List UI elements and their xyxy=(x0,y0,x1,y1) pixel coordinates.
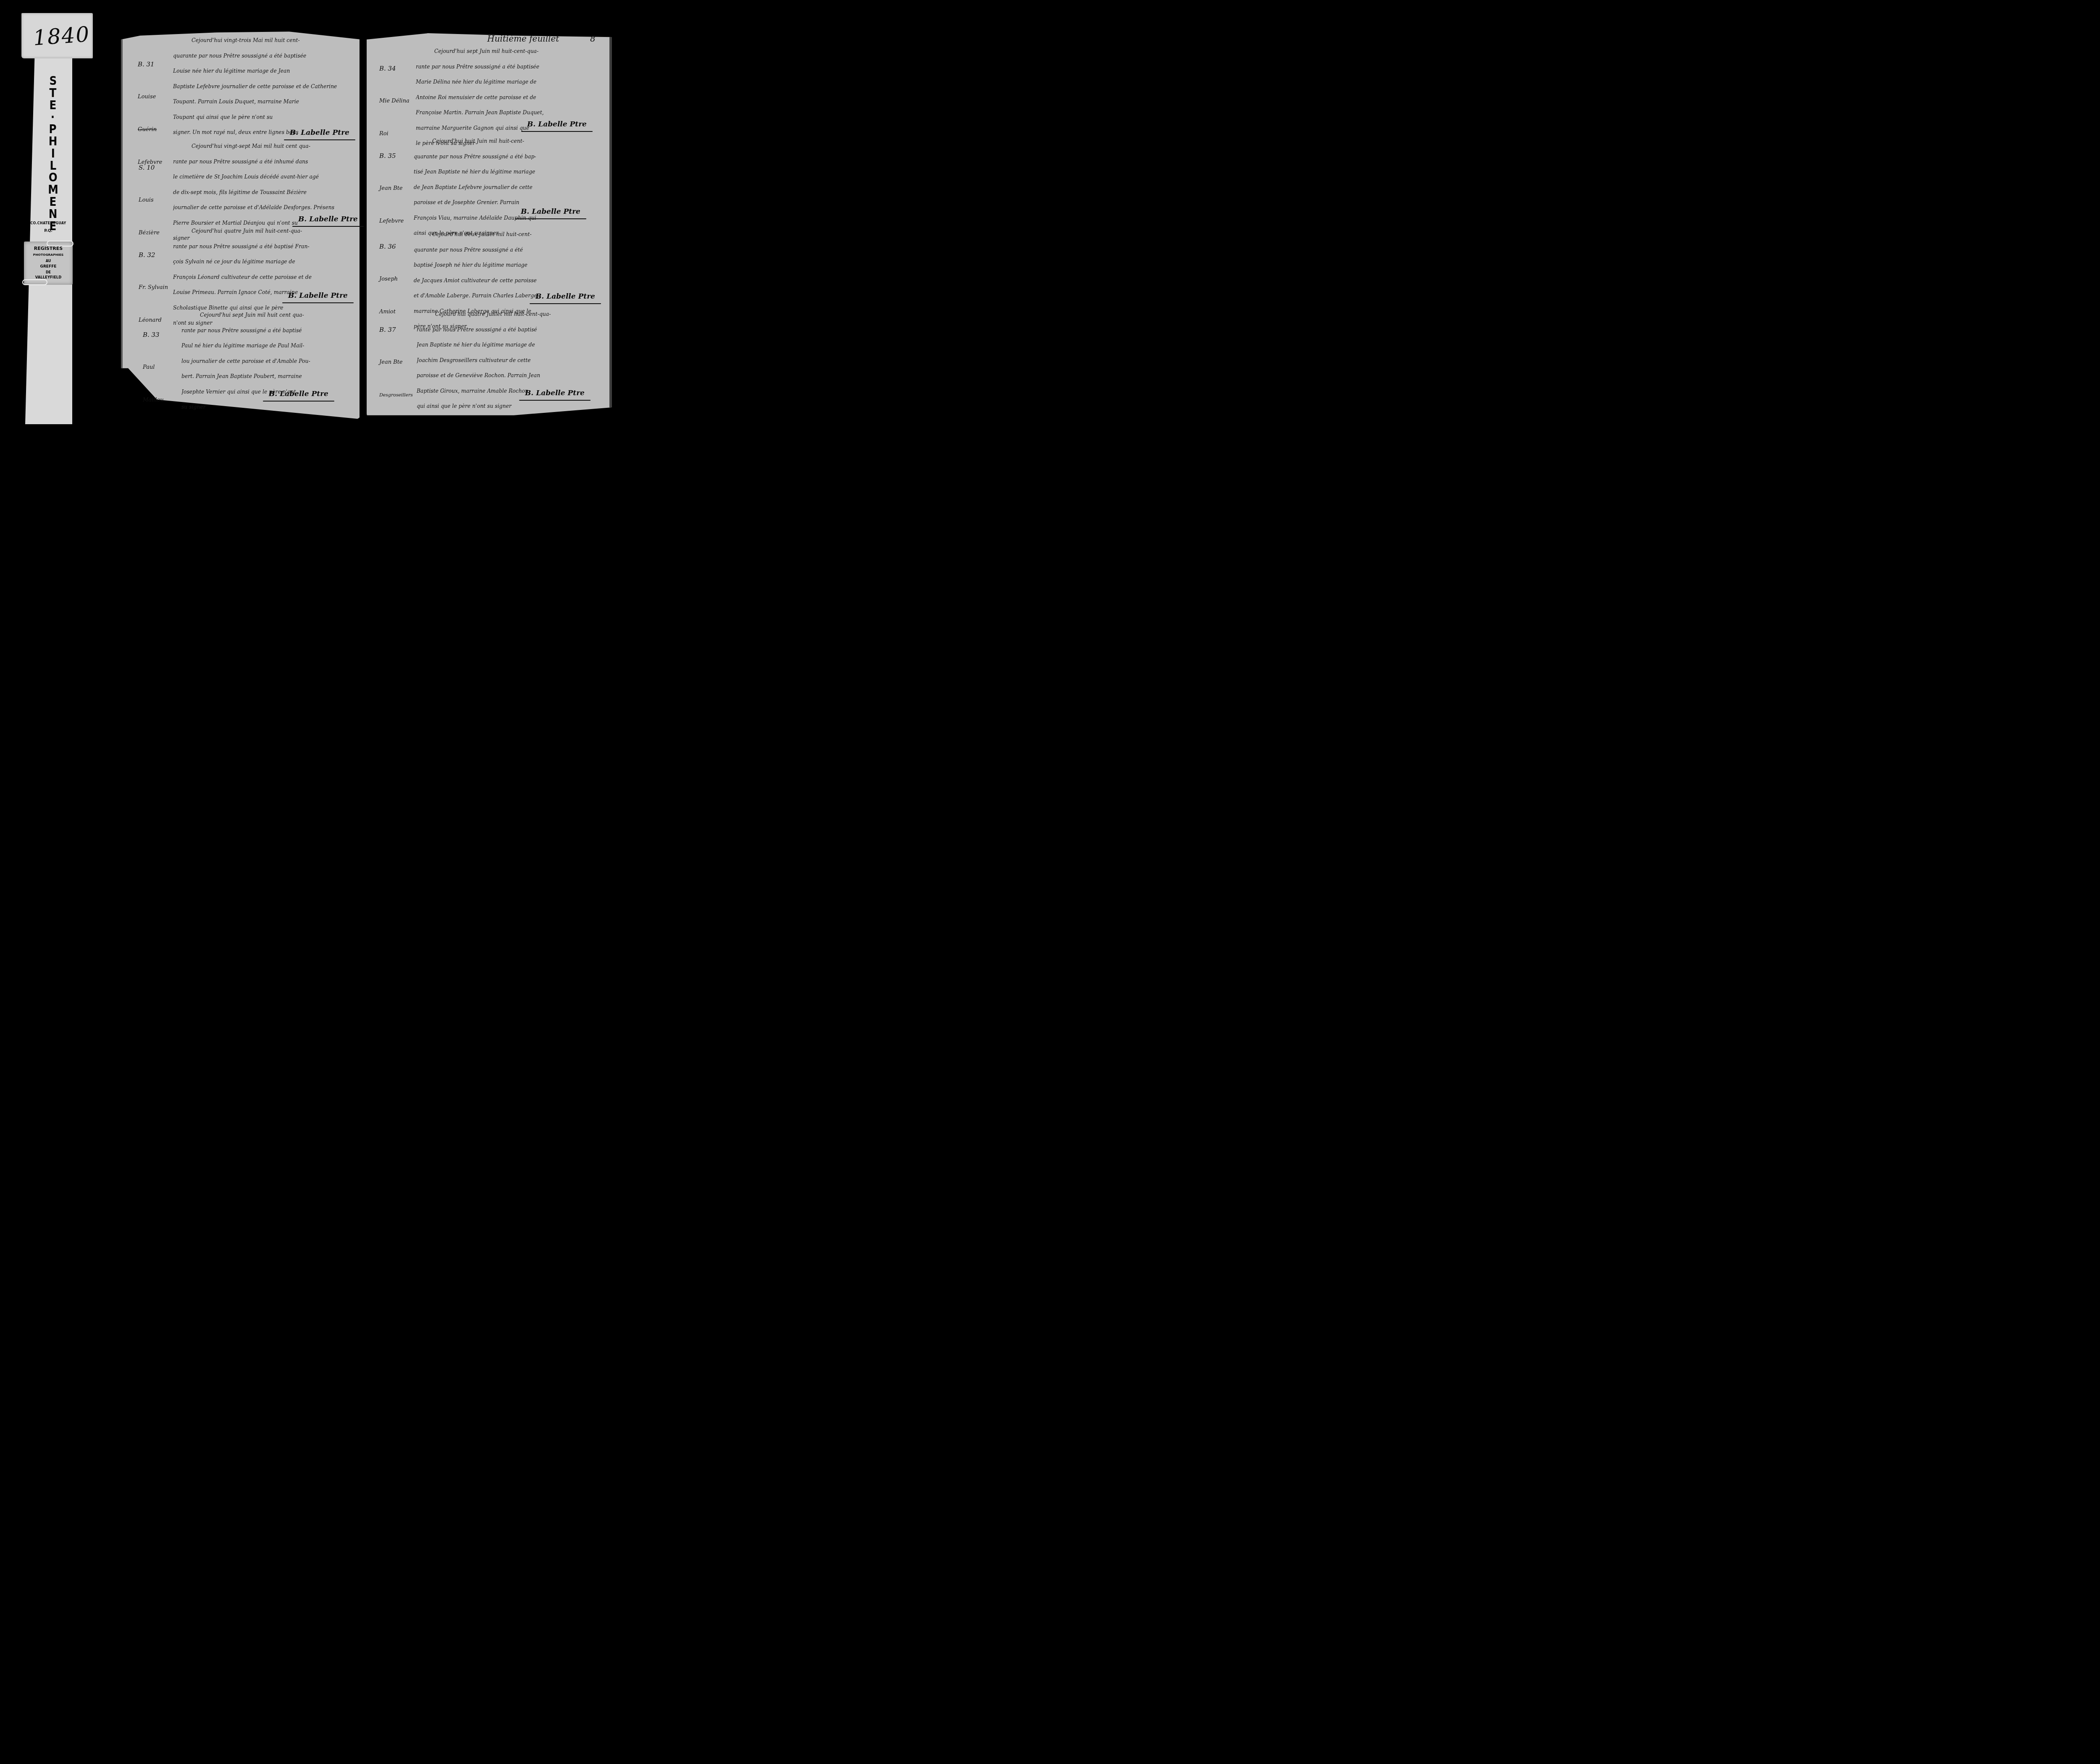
book-gutter xyxy=(360,28,367,420)
entry-name: Louis xyxy=(139,195,160,206)
entry-name: Louise xyxy=(138,92,162,102)
register-entry: Cejourd'hui vingt-trois Mai mil huit cen… xyxy=(173,33,357,140)
entry-line: Cejourd'hui vingt-sept Mai mil huit cent… xyxy=(173,139,357,154)
entry-line: qui ainsi que le père n'ont su signer xyxy=(417,399,606,414)
entry-line: rante par nous Prêtre soussigné a été ba… xyxy=(173,239,357,255)
registry-line: REGISTRES xyxy=(24,246,73,251)
entry-line: de Jacques Amiot cultivateur de cette pa… xyxy=(414,273,606,289)
entry-code: B. 33 xyxy=(143,329,164,340)
year-label: 1840 xyxy=(32,22,91,50)
entry-line: tisé Jean Baptiste né hier du légitime m… xyxy=(414,164,606,180)
entry-line: Joachim Desgroseillers cultivateur de ce… xyxy=(417,353,606,368)
entry-line: de dix-sept mois, fils légitime de Touss… xyxy=(173,185,357,200)
entry-line: Françoise Martin. Parrain Jean Baptiste … xyxy=(416,105,606,121)
entry-line: Cejourd'hui quatre Juillet mil huit-cent… xyxy=(417,307,606,322)
entry-code: B. 35 xyxy=(379,150,404,161)
priest-signature: B. Labelle Ptre xyxy=(288,291,348,303)
entry-line: rante par nous Prêtre soussigné a été in… xyxy=(173,154,357,170)
registry-line: DE xyxy=(24,270,73,274)
parish-letter: E xyxy=(50,99,57,111)
entry-line: Toupant qui ainsi que le père n'ont su xyxy=(173,110,357,125)
margin-note: B. 37 Jean Bte Desgroseillers xyxy=(379,302,413,412)
entry-name: Maillou xyxy=(143,395,164,406)
priest-signature: B. Labelle Ptre xyxy=(535,292,595,304)
entry-line: Paul né hier du légitime mariage de Paul… xyxy=(181,338,357,354)
registry-line: PHOTOGRAPHIES xyxy=(24,253,73,257)
province-label: P.Q. xyxy=(17,229,80,233)
entry-line: journalier de cette paroisse et d'Adélaï… xyxy=(173,200,357,215)
entry-code: S. 10 xyxy=(139,162,160,173)
entry-code: B. 36 xyxy=(379,241,398,252)
entry-line: su signer xyxy=(181,399,357,415)
page-number: 8 xyxy=(590,34,596,44)
entry-line: de Jean Baptiste Lefebvre journalier de … xyxy=(414,180,606,195)
entry-line: rante par nous Prêtre soussigné a été ba… xyxy=(181,323,357,339)
register-entry: Cejourd'hui huit Juin mil huit-cent- qua… xyxy=(414,134,606,241)
parish-letter: N xyxy=(49,208,58,220)
parish-letter: H xyxy=(49,135,58,147)
entry-name: Joseph xyxy=(379,274,398,285)
parish-letter: P xyxy=(49,123,57,135)
parish-letter: · xyxy=(51,111,55,123)
parish-letter: M xyxy=(48,184,58,196)
parish-letter: T xyxy=(50,87,57,99)
entry-line: Marie Délina née hier du légitime mariag… xyxy=(416,74,606,90)
entry-line: bert. Parrain Jean Baptiste Poubert, mar… xyxy=(181,369,357,384)
paperclip-icon xyxy=(22,279,47,285)
parish-letter: L xyxy=(50,160,56,172)
parish-letter: S xyxy=(49,75,57,87)
entry-line: Toupant. Parrain Louis Duquet, marraine … xyxy=(173,94,357,110)
entry-line: Cejourd'hui sept Juin mil huit-cent-qua- xyxy=(416,44,606,59)
entry-code: B. 31 xyxy=(138,59,162,70)
entry-name: Fr. Sylvain xyxy=(139,282,168,293)
entry-line: paroisse et de Geneviève Rochon. Parrain… xyxy=(417,368,606,383)
entry-line: baptisé Joseph né hier du légitime maria… xyxy=(414,257,606,273)
priest-signature: B. Labelle Ptre xyxy=(525,389,585,401)
entry-line: Jean Baptiste né hier du légitime mariag… xyxy=(417,337,606,353)
entry-line: çois Sylvain né ce jour du légitime mari… xyxy=(173,254,357,270)
entry-name: Guérin xyxy=(138,124,162,135)
parish-name-vertical: S T E · P H I L O M E N E xyxy=(40,75,66,232)
entry-name: Jean Bte xyxy=(379,183,404,194)
entry-line: quarante par nous Prêtre soussigné a été… xyxy=(414,149,606,165)
entry-name: Desgroseillers xyxy=(379,390,413,401)
registry-label-card: REGISTRES PHOTOGRAPHIES AU GREFFE DE VAL… xyxy=(24,241,73,285)
parish-letter: O xyxy=(49,171,58,184)
entry-line: quarante par nous Prêtre soussigné a été… xyxy=(173,48,357,64)
registry-line: AU xyxy=(24,259,73,263)
entry-line: Louise née hier du légitime mariage de J… xyxy=(173,63,357,79)
parish-letter: E xyxy=(50,196,57,208)
entry-line: quarante par nous Prêtre soussigné a été xyxy=(414,242,606,258)
parish-letter: I xyxy=(51,147,55,160)
entry-name: Mie Délina xyxy=(379,96,409,107)
entry-line: le cimetière de St Joachim Louis décédé … xyxy=(173,169,357,185)
county-label: CO.CHATEAUGUAY xyxy=(17,221,80,225)
entry-line: Baptiste Lefebvre journalier de cette pa… xyxy=(173,79,357,94)
year-tag: 1840 xyxy=(21,13,93,58)
registry-line: GREFFE xyxy=(24,265,73,269)
entry-line: Cejourd'hui quatre Juin mil huit-cent-qu… xyxy=(173,223,357,239)
entry-line: rante par nous Prêtre soussigné a été ba… xyxy=(416,59,606,75)
entry-code: B. 32 xyxy=(139,249,168,260)
entry-code: B. 37 xyxy=(379,324,413,335)
entry-code: B. 34 xyxy=(379,63,409,74)
priest-signature: B. Labelle Ptre xyxy=(527,120,587,132)
entry-name: Paul xyxy=(143,362,164,373)
priest-signature: B. Labelle Ptre xyxy=(521,207,580,219)
entry-line: Cejourd'hui vingt-trois Mai mil huit cen… xyxy=(173,33,357,48)
entry-line: lou journalier de cette paroisse et d'Am… xyxy=(181,354,357,369)
folio-header: Huitième feuillet xyxy=(487,34,559,44)
margin-note: B. 33 Paul Maillou xyxy=(143,307,164,417)
entry-line: Cejourd'hui huit Juin mil huit-cent- xyxy=(414,134,606,149)
priest-signature: B. Labelle Ptre xyxy=(269,390,328,402)
entry-line: Antoine Roi menuisier de cette paroisse … xyxy=(416,90,606,105)
entry-name: Jean Bte xyxy=(379,357,413,368)
entry-line: Cejourd'hui sept Juin mil huit cent qua- xyxy=(181,307,357,323)
entry-line: Cejourd'hui deux Juillet mil huit-cent- xyxy=(414,227,606,242)
entry-line: rante par nous Prêtre soussigné a été ba… xyxy=(417,322,606,338)
entry-line: François Léonard cultivateur de cette pa… xyxy=(173,270,357,285)
